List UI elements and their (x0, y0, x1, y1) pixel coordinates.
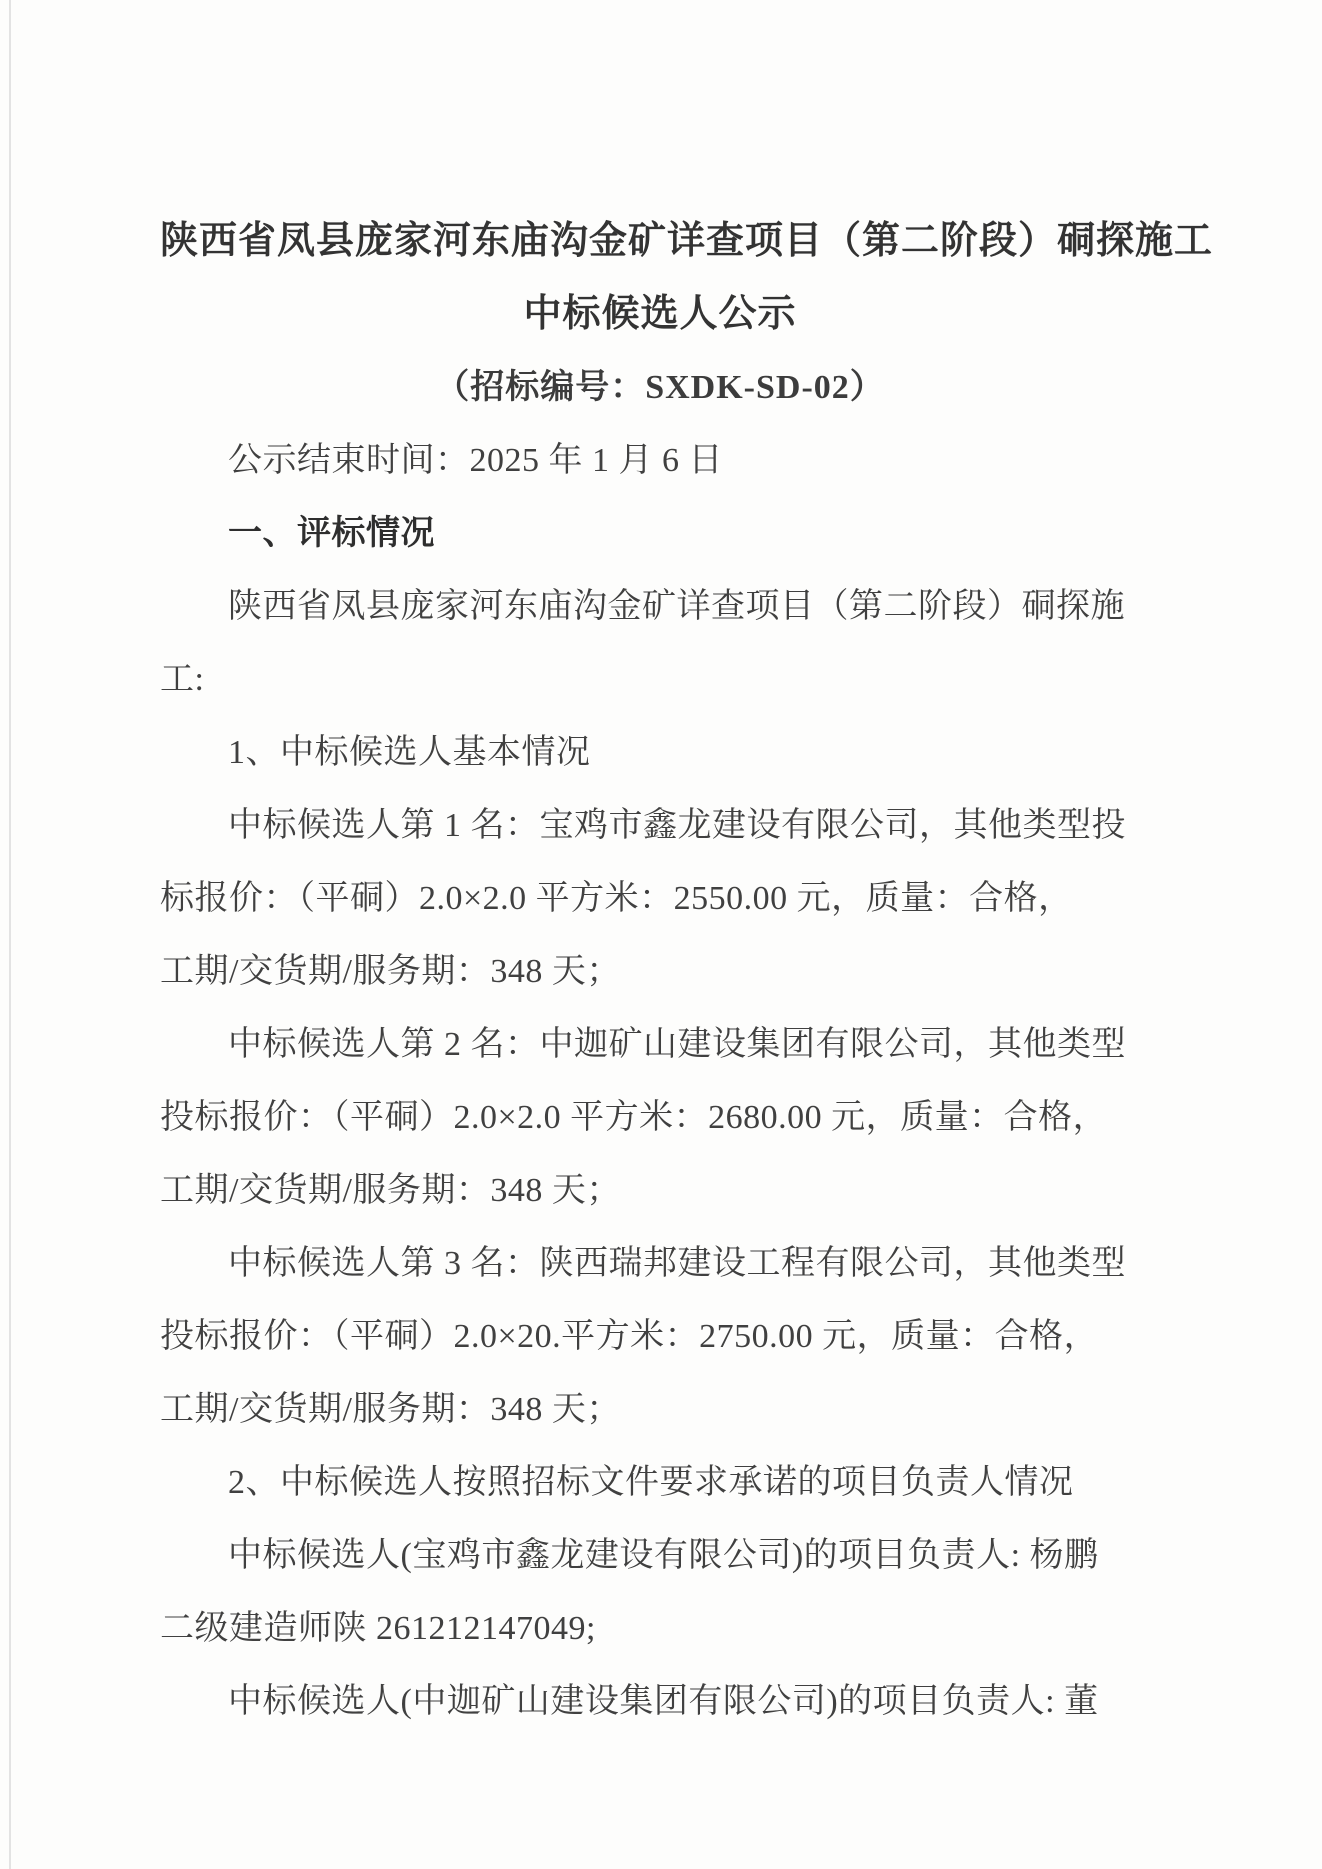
text-line: 二级建造师陕 261212147049; (160, 1592, 1160, 1665)
text-line: 2、中标候选人按照招标文件要求承诺的项目负责人情况 (160, 1446, 1160, 1519)
text-line: 标报价：（平硐）2.0×2.0 平方米：2550.00 元，质量：合格， (160, 862, 1160, 935)
text-line: 投标报价：（平硐）2.0×20.平方米：2750.00 元，质量：合格， (160, 1300, 1160, 1373)
document-title-line-2: 中标候选人公示 (160, 278, 1160, 351)
tender-number: （招标编号：SXDK-SD-02） (160, 351, 1160, 424)
document-body: 公示结束时间：2025 年 1 月 6 日一、评标情况陕西省凤县庞家河东庙沟金矿… (160, 424, 1160, 1738)
text-line: 中标候选人(中迦矿山建设集团有限公司)的项目负责人: 董 (160, 1665, 1160, 1738)
text-line: 公示结束时间：2025 年 1 月 6 日 (160, 424, 1160, 497)
text-line: 1、中标候选人基本情况 (160, 716, 1160, 789)
text-line: 中标候选人(宝鸡市鑫龙建设有限公司)的项目负责人: 杨鹏 (160, 1519, 1160, 1592)
text-line: 工期/交货期/服务期：348 天； (160, 1373, 1160, 1446)
document-title-line-1: 陕西省凤县庞家河东庙沟金矿详查项目（第二阶段）硐探施工 (160, 205, 1160, 278)
scanned-document-page: 陕西省凤县庞家河东庙沟金矿详查项目（第二阶段）硐探施工 中标候选人公示 （招标编… (0, 0, 1322, 1869)
text-line: 一、评标情况 (160, 497, 1160, 570)
text-line: 中标候选人第 3 名：陕西瑞邦建设工程有限公司，其他类型 (160, 1227, 1160, 1300)
text-line: 中标候选人第 1 名：宝鸡市鑫龙建设有限公司，其他类型投 (160, 789, 1160, 862)
scan-edge-artifact (9, 0, 11, 1869)
document-content: 陕西省凤县庞家河东庙沟金矿详查项目（第二阶段）硐探施工 中标候选人公示 （招标编… (160, 205, 1160, 1738)
text-line: 中标候选人第 2 名：中迦矿山建设集团有限公司，其他类型 (160, 1008, 1160, 1081)
text-line: 工期/交货期/服务期：348 天； (160, 1154, 1160, 1227)
text-line: 陕西省凤县庞家河东庙沟金矿详查项目（第二阶段）硐探施 (160, 570, 1160, 643)
text-line: 工期/交货期/服务期：348 天； (160, 935, 1160, 1008)
text-line: 工: (160, 643, 1160, 716)
text-line: 投标报价：（平硐）2.0×2.0 平方米：2680.00 元，质量：合格， (160, 1081, 1160, 1154)
